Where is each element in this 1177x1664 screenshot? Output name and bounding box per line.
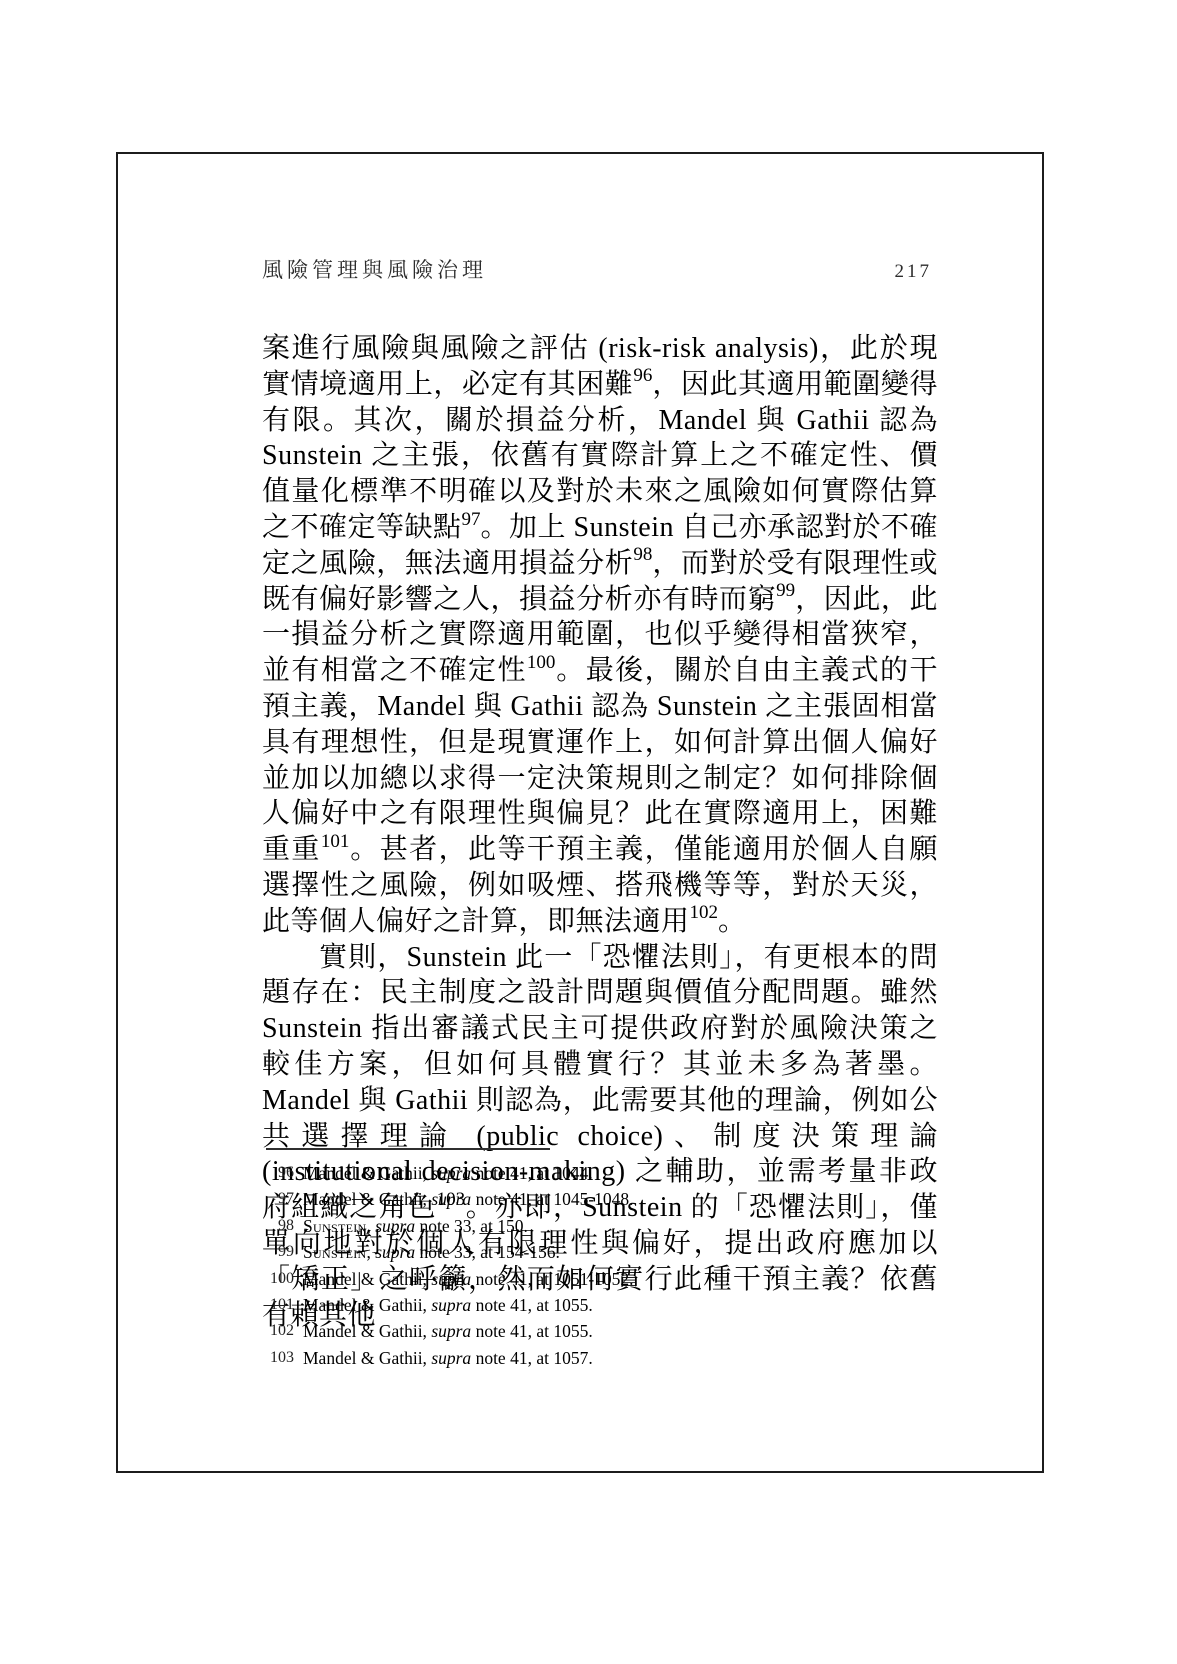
- footnote-text: Mandel & Gathii, supra note 41, at 1045-…: [303, 1189, 634, 1209]
- footnote-italic-term: supra: [375, 1242, 415, 1262]
- document-page: { "header": { "title": "風險管理與風險治理", "pag…: [0, 0, 1177, 1664]
- paragraph: 案進行風險與風險之評估 (risk-risk analysis)，此於現實情境適…: [262, 331, 938, 940]
- footnote-ref: 99: [776, 580, 795, 601]
- footnote-text: Mandel & Gathii, supra note 41, at 1055.: [303, 1321, 593, 1341]
- footnote-italic-term: supra: [431, 1348, 471, 1368]
- footnote-number: 98: [262, 1213, 294, 1238]
- footnote-row: 103Mandel & Gathii, supra note 41, at 10…: [262, 1346, 938, 1372]
- footnote-ref: 101: [321, 831, 350, 852]
- footnote-italic-term: supra: [431, 1269, 471, 1289]
- footnote-text: Mandel & Gathii, supra note 41, at 1051-…: [303, 1269, 634, 1289]
- footnote-italic-term: supra: [431, 1295, 471, 1315]
- running-header-title: 風險管理與風險治理: [262, 254, 487, 284]
- footnote-italic-term: supra: [431, 1163, 471, 1183]
- footnote-ref: 97: [462, 509, 481, 530]
- footnote-number: 102: [262, 1318, 294, 1343]
- footnote-row: 100Mandel & Gathii, supra note 41, at 10…: [262, 1267, 938, 1293]
- footnote-text: Sunstein, supra note 33, at 150.: [303, 1216, 528, 1236]
- page-number: 217: [895, 261, 939, 283]
- footnote-text: Mandel & Gathii, supra note 41, at 1044.: [303, 1163, 593, 1183]
- footnote-row: 96Mandel & Gathii, supra note 41, at 104…: [262, 1161, 938, 1187]
- footnote-ref: 102: [690, 902, 719, 923]
- footnote-ref: 96: [633, 365, 652, 386]
- footnote-number: 101: [262, 1292, 294, 1317]
- page-frame: 風險管理與風險治理 217 案進行風險與風險之評估 (risk-risk ana…: [116, 152, 1044, 1473]
- footnote-ref: 100: [527, 652, 556, 673]
- footnote-number: 100: [262, 1266, 294, 1291]
- footnote-row: 99Sunstein, supra note 33, at 154-156.: [262, 1240, 938, 1266]
- footnote-text: Mandel & Gathii, supra note 41, at 1057.: [303, 1348, 593, 1368]
- footnote-row: 97Mandel & Gathii, supra note 41, at 104…: [262, 1187, 938, 1213]
- footnote-text: Sunstein, supra note 33, at 154-156.: [303, 1242, 560, 1262]
- footnote-number: 103: [262, 1345, 294, 1370]
- footnote-number: 99: [262, 1239, 294, 1264]
- footnote-smallcaps-author: Sunstein: [303, 1216, 366, 1236]
- footnotes: 96Mandel & Gathii, supra note 41, at 104…: [262, 1161, 938, 1372]
- footnote-smallcaps-author: Sunstein: [303, 1242, 366, 1262]
- footnote-number: 97: [262, 1186, 294, 1211]
- footnote-row: 101Mandel & Gathii, supra note 41, at 10…: [262, 1293, 938, 1319]
- footnote-separator: [266, 1148, 550, 1150]
- footnote-ref: 98: [633, 544, 652, 565]
- footnote-italic-term: supra: [431, 1321, 471, 1341]
- footnote-italic-term: supra: [375, 1216, 415, 1236]
- footnote-row: 102Mandel & Gathii, supra note 41, at 10…: [262, 1319, 938, 1345]
- running-header: 風險管理與風險治理 217: [262, 254, 938, 284]
- footnote-number: 96: [262, 1160, 294, 1185]
- footnote-text: Mandel & Gathii, supra note 41, at 1055.: [303, 1295, 593, 1315]
- footnote-italic-term: supra: [431, 1189, 471, 1209]
- footnote-row: 98Sunstein, supra note 33, at 150.: [262, 1214, 938, 1240]
